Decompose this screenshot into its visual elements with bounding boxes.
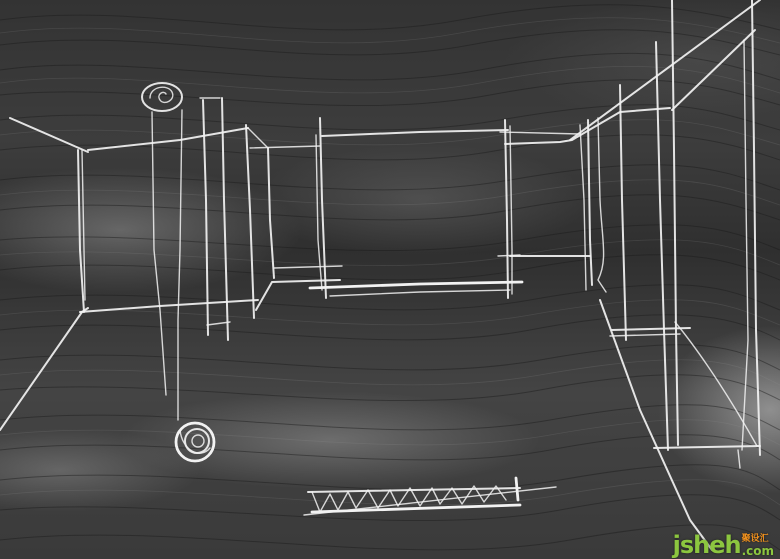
- chalk-sketch: [0, 0, 780, 559]
- watermark-chinese: 聚设汇: [742, 535, 769, 544]
- sketch-photo: jsheh 聚设汇 .com: [0, 0, 780, 559]
- hatched-bench: [304, 478, 556, 515]
- watermark-brand: jsheh: [673, 533, 741, 557]
- background-grain-light: [0, 18, 780, 505]
- left-wall-frame: [0, 118, 258, 430]
- hanging-lamp-bottom: [176, 423, 214, 461]
- center-window-frame: [310, 118, 580, 298]
- site-watermark: jsheh 聚设汇 .com: [673, 533, 774, 557]
- right-tall-frame: [570, 0, 760, 468]
- watermark-tld: .com: [742, 545, 774, 557]
- watermark-side: 聚设汇 .com: [742, 535, 774, 557]
